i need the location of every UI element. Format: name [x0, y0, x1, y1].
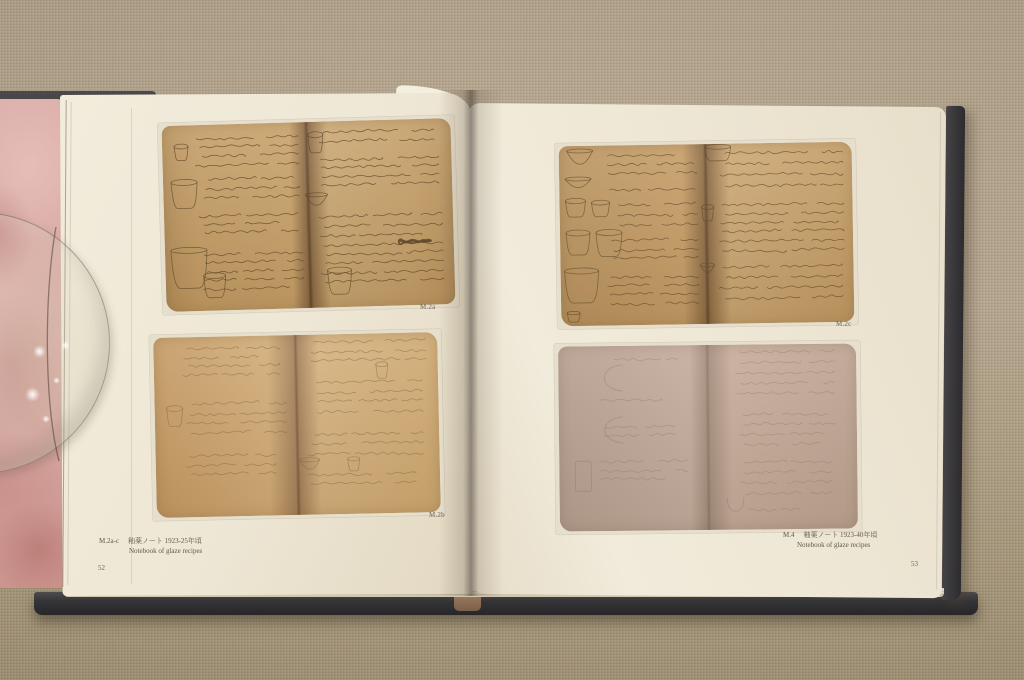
- caption-left-title-ja: 釉薬ノート 1923-25年頃: [128, 537, 202, 545]
- caption-right-line1: M.4釉薬ノート 1923-40年頃: [783, 530, 877, 540]
- caption-left: M.2a-c釉薬ノート 1923-25年頃 Notebook of glaze …: [99, 536, 202, 556]
- handwriting-ink-layer: [554, 340, 862, 534]
- caption-right-id: M.4: [783, 531, 794, 539]
- lens-highlight: [42, 415, 50, 423]
- figure-label-m2a: M.2a: [420, 303, 435, 311]
- caption-right: M.4釉薬ノート 1923-40年頃 Notebook of glaze rec…: [783, 530, 877, 550]
- lens-highlight: [25, 387, 40, 402]
- lens-highlight: [33, 345, 46, 358]
- handwriting-ink-layer: [149, 329, 445, 521]
- scene: M.2a M.2b M.2c M.2a-c釉薬ノート 1923-25年頃 Not…: [0, 0, 1024, 680]
- caption-left-line1: M.2a-c釉薬ノート 1923-25年頃: [99, 536, 202, 546]
- page-edge-line: [131, 108, 132, 584]
- notebook-photo-m4: [554, 340, 862, 534]
- notebook-photo-m2c: [555, 139, 859, 330]
- caption-left-id: M.2a-c: [99, 537, 119, 545]
- caption-right-title-en: Notebook of glaze recipes: [797, 540, 877, 550]
- figure-label-m2b: M.2b: [429, 511, 445, 519]
- page-number-left: 52: [98, 564, 105, 572]
- page-number-right: 53: [911, 560, 918, 568]
- spine-tailband: [454, 596, 481, 611]
- glass-lens: [0, 212, 110, 474]
- notebook-photo-m2b: [149, 329, 445, 521]
- lens-refraction: [0, 213, 109, 473]
- handwriting-ink-layer: [157, 115, 459, 315]
- figure-label-m2c: M.2c: [836, 320, 851, 328]
- notebook-photo-m2a: [157, 115, 459, 315]
- lens-highlight: [61, 341, 70, 350]
- lens-highlight: [53, 377, 60, 384]
- caption-right-title-ja: 釉薬ノート 1923-40年頃: [803, 531, 877, 539]
- caption-left-title-en: Notebook of glaze recipes: [129, 546, 202, 556]
- handwriting-ink-layer: [555, 139, 859, 330]
